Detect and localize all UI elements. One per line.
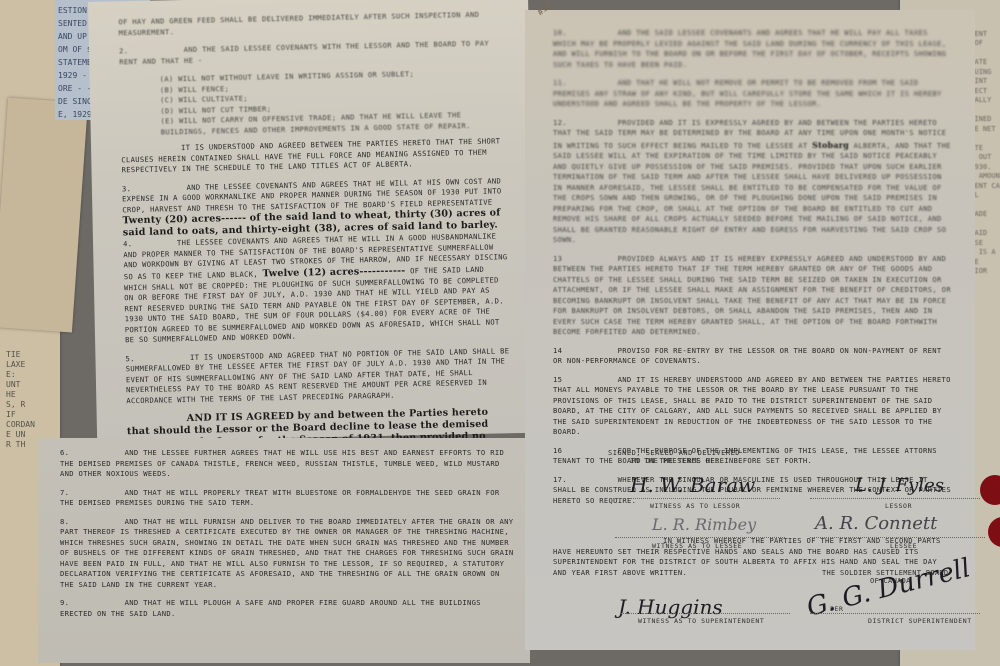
background-text-line: E UN <box>6 430 35 440</box>
paragraph-11: 11. AND THAT HE WILL NOT REMOVE OR PERMI… <box>553 78 951 110</box>
signature-line <box>810 613 980 614</box>
paragraph-number: 4. <box>123 239 132 248</box>
paragraph-15: 15 AND IT IS HEREBY UNDERSTOOD AND AGREE… <box>553 375 951 438</box>
signature-line <box>810 537 985 538</box>
background-paper-left-fold <box>0 97 88 332</box>
paragraph-13: 13 PROVIDED ALWAYS AND IT IS HEREBY EXPR… <box>553 254 951 338</box>
paragraph-text: AND IT IS HEREBY UNDERSTOOD AND AGREED B… <box>553 375 951 437</box>
paragraph-number: 15 <box>553 375 613 386</box>
signed-heading-line1: SIGNED, SEALED AND DELIVERED <box>608 449 740 457</box>
paragraph-text: AND THAT HE WILL PROPERLY TREAT WITH BLU… <box>60 488 499 508</box>
photo-scene: ESTION OF ATSENTED TO PARLIAMENT,AND UP … <box>0 0 1000 666</box>
paragraph-number: 6. <box>60 448 120 459</box>
caption-witness-superintendent: Witness as to Superintendent <box>638 617 764 625</box>
signature-lessee: A. R. Connett <box>815 513 937 534</box>
paragraph-10: 10. AND THE SAID LESSEE COVENANTS AND AG… <box>553 28 951 70</box>
signature-block: SIGNED, SEALED AND DELIVERED IN THE PRES… <box>590 445 1000 655</box>
covenant-list: (A) WILL NOT WITHOUT LEAVE IN WRITING AS… <box>160 67 509 137</box>
signature-line <box>620 613 790 614</box>
signature-line <box>610 498 780 499</box>
paragraph-text: PROVIDED ALWAYS AND IT IS HEREBY EXPRESS… <box>553 254 951 337</box>
paragraph-text: ALBERTA, AND THAT THE SAID LESSEE WILL A… <box>553 141 951 245</box>
paragraph-number: 11. <box>553 78 613 89</box>
paragraph-7: 7. AND THAT HE WILL PROPERLY TREAT WITH … <box>60 488 516 509</box>
paragraph-14: 14 PROVISO FOR RE-ENTRY BY THE LESSOR OR… <box>553 346 951 367</box>
background-text-line: S, R <box>6 400 35 410</box>
background-text-line: IF <box>6 410 35 420</box>
signature-line <box>810 498 980 499</box>
background-fragment-left: TIELAXEE:UNTHES, RIFCORDANE UNR TH <box>6 350 35 450</box>
understood-clause: IT IS UNDERSTOOD AND AGREED BETWEEN THE … <box>121 136 510 176</box>
background-text-line: LAXE <box>6 360 35 370</box>
paragraph-8: 8. AND THAT HE WILL FURNISH AND DELIVER … <box>60 517 516 591</box>
typed-place-insert: Stobarg <box>812 140 849 150</box>
paragraph-5: 5. IT IS UNDERSTOOD AND AGREED THAT NO P… <box>125 346 514 407</box>
wax-seal-lessee <box>988 517 1000 547</box>
background-text-line: E: <box>6 370 35 380</box>
background-text-line: CORDAN <box>6 420 35 430</box>
paragraph-number: 13 <box>553 254 613 265</box>
paragraph-number: 10. <box>553 28 613 39</box>
background-text-line: TIE <box>6 350 35 360</box>
lease-page-left-lower: 6. AND THE LESSEE FURTHER AGREES THAT HE… <box>38 438 530 663</box>
paragraph-number: 8. <box>60 517 120 528</box>
paragraph-4: 4. THE LESSEE COVENANTS AND AGREES THAT … <box>123 231 513 346</box>
signed-heading-line2: IN THE PRESENCE OF: <box>608 457 740 465</box>
signed-heading: SIGNED, SEALED AND DELIVERED IN THE PRES… <box>608 449 740 465</box>
background-text-line: UNT <box>6 380 35 390</box>
paragraph-text: AND THE LESSEE FURTHER AGREES THAT HE WI… <box>60 448 504 478</box>
background-text-line: HE <box>6 390 35 400</box>
signature-witness-lessee: L. R. Rimbey <box>652 515 756 534</box>
paragraph-text: AND THAT HE WILL PLOUGH A SAFE AND PROPE… <box>60 598 481 618</box>
signature-witness-lessor: H. W. Baraw <box>630 473 755 497</box>
caption-witness-lessee: Witness as to Lessee <box>652 542 742 550</box>
caption-superintendent: District Superintendent <box>868 617 972 625</box>
paragraph-number: 9. <box>60 598 120 609</box>
caption-lessor: Lessor <box>885 502 912 510</box>
caption-lessee: Lessee <box>890 542 917 550</box>
paragraph-9: 9. AND THAT HE WILL PLOUGH A SAFE AND PR… <box>60 598 516 619</box>
paragraph-text: AND THAT HE WILL FURNISH AND DELIVER TO … <box>60 517 513 589</box>
paragraph-number: 12. <box>553 118 613 129</box>
wax-seal-lessor <box>980 475 1000 505</box>
paragraph-6: 6. AND THE LESSEE FURTHER AGREES THAT HE… <box>60 448 516 480</box>
lease-page-left: OF HAY AND GREEN FEED SHALL BE DELIVERED… <box>88 0 537 442</box>
signature-witness-superintendent: J. Huggins <box>618 595 723 619</box>
signature-lessor: L. J. Fyles <box>855 475 944 496</box>
caption-witness-lessor: Witness as to Lessor <box>650 502 740 510</box>
paragraph-number: 7. <box>60 488 120 499</box>
paragraph-3: 3. AND THE LESSEE COVENANTS AND AGREES T… <box>122 176 511 240</box>
paragraph-2: 2. AND THE SAID LESSEE COVENANTS WITH TH… <box>119 38 507 67</box>
background-text-line: R TH <box>6 440 35 450</box>
paragraph-12: 12. PROVIDED AND IT IS EXPRESSLY AGREED … <box>553 118 951 246</box>
intro-line: OF HAY AND GREEN FEED SHALL BE DELIVERED… <box>118 9 506 38</box>
paragraph-number: 14 <box>553 346 613 357</box>
signature-line <box>615 537 785 538</box>
